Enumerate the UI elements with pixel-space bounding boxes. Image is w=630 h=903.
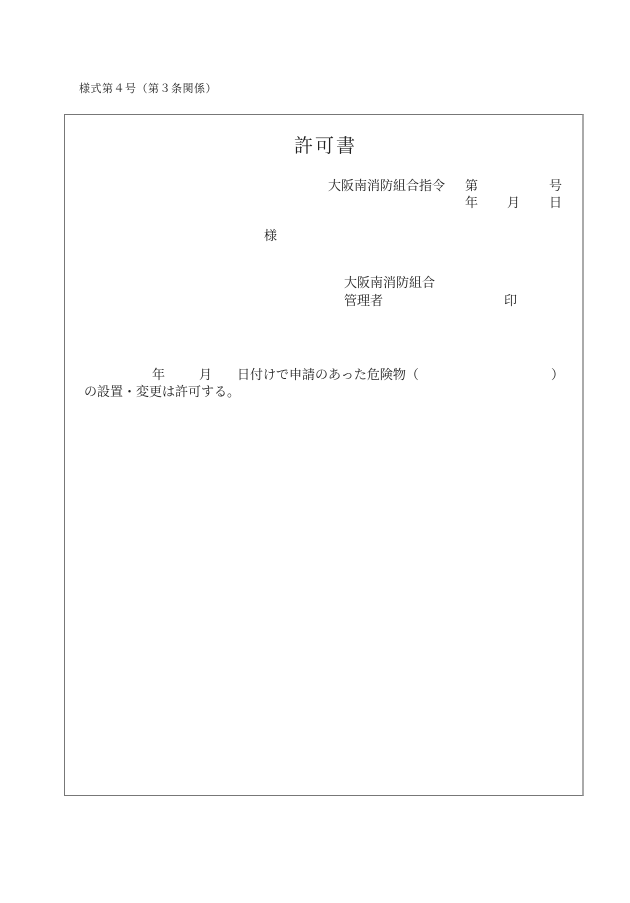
body-text-line2: の設置・変更は許可する。	[84, 381, 240, 400]
document-title: 許可書	[294, 131, 357, 158]
seal-mark: 印	[504, 290, 517, 309]
date-month-label: 月	[507, 192, 520, 211]
body-close-paren: ）	[551, 364, 564, 383]
date-day-label: 日	[549, 192, 562, 211]
date-year-label: 年	[465, 192, 478, 211]
issuer-name: 大阪南消防組合指令	[328, 175, 445, 194]
authority-title: 管理者	[344, 290, 383, 309]
form-number-label: 様式第４号（第３条関係）	[79, 80, 217, 96]
document-frame	[64, 114, 584, 796]
authority-organization: 大阪南消防組合	[344, 272, 435, 291]
body-text-line1: 日付けで申請のあった危険物（	[237, 364, 419, 383]
addressee-suffix: 様	[264, 225, 277, 244]
